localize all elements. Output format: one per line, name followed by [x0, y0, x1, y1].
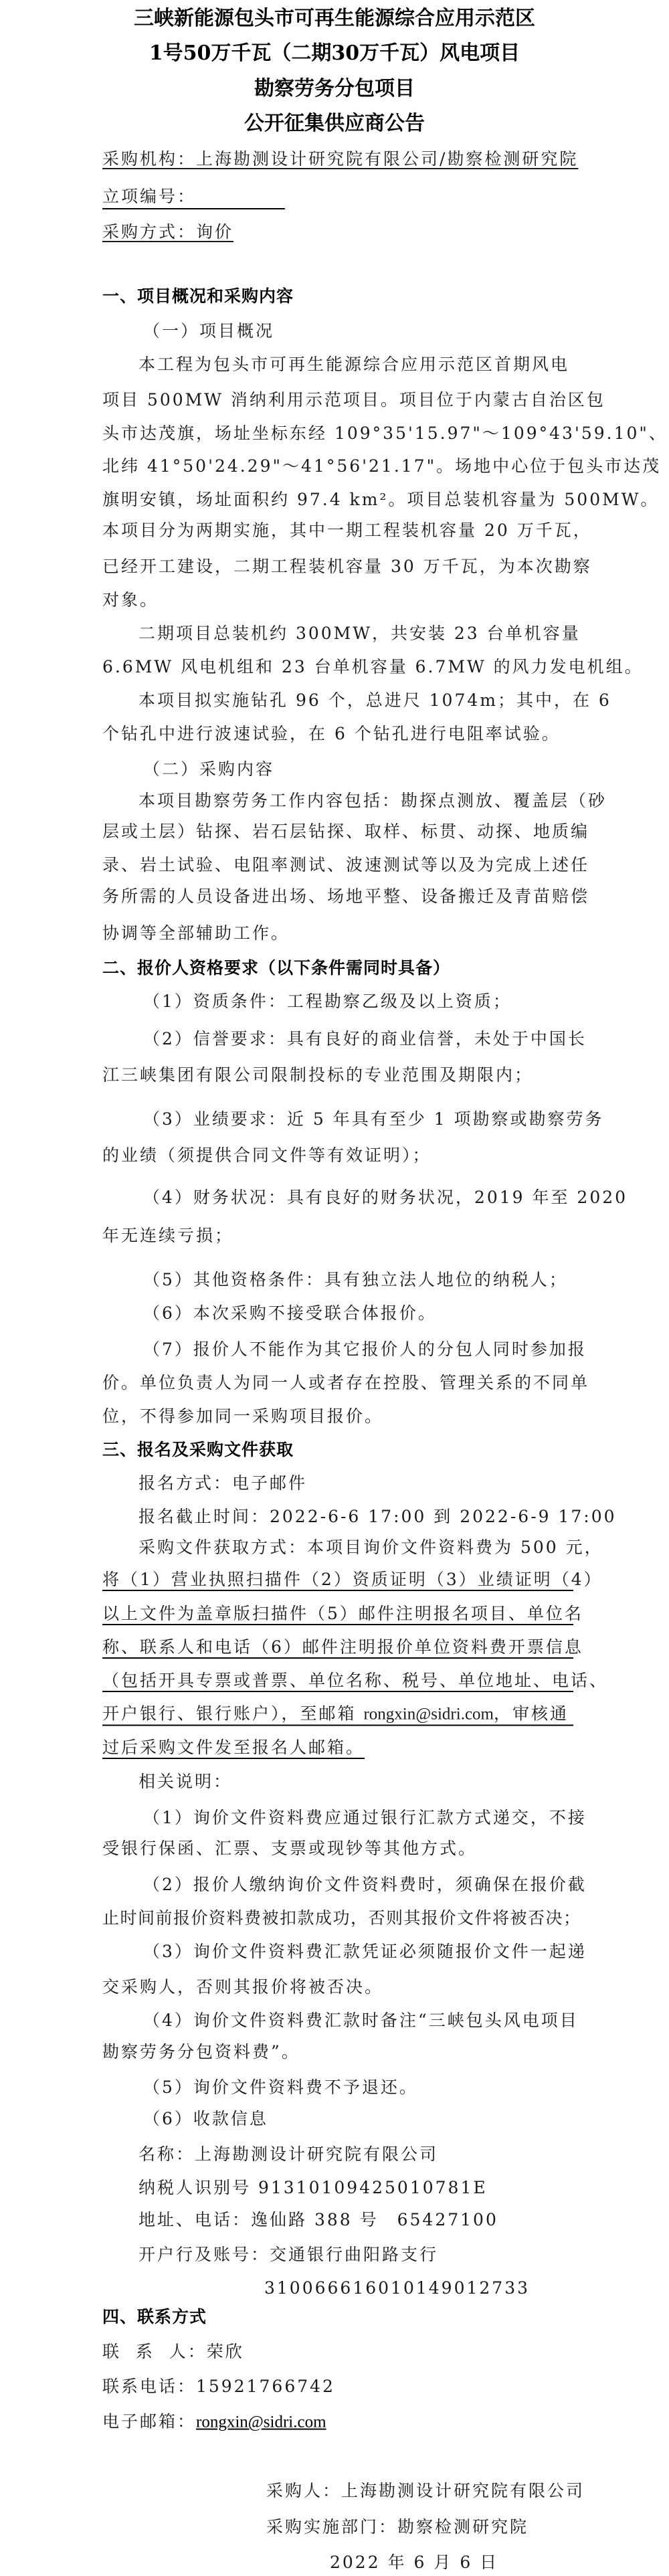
acquire-last-line: 过后采购文件发至报名人邮箱。	[102, 1738, 365, 1759]
acquire-email-post: ，审核通	[494, 1704, 569, 1724]
acquire-underlined-line: 以上文件为盖章版扫描件（5）邮件注明报名项目、单位名	[102, 1604, 573, 1625]
notes-label: 相关说明：	[138, 1770, 232, 1793]
title-line-2: 1号50万千瓦（二期30万千瓦）风电项目	[0, 40, 669, 67]
title-line-3: 勘察劳务分包项目	[0, 76, 669, 102]
payee-tax-id: 纳税人识别号 91310109425010781E	[138, 2177, 488, 2199]
para-line: 6.6MW 风电机组和 23 台单机容量 6.7MW 的风力发电机组。	[102, 656, 644, 678]
para-line: 头市达茂旗，场址坐标东经 109°35'15.97"～109°43'59.10"…	[102, 422, 668, 445]
requirement-item-cont: 的业绩（须提供合同文件等有效证明）；	[102, 1144, 432, 1167]
requirement-item: （6）本次采购不接受联合体报价。	[143, 1302, 437, 1325]
contact-person: 联 系 人：荣欣	[102, 2340, 244, 2363]
acquire-underlined-line: （包括开具专票或普票、单位名称、税号、单位地址、电话、	[102, 1671, 573, 1692]
project-number: 立项编号：	[102, 185, 285, 209]
procurement-agency: 采购机构：上海勘测设计研究院有限公司/勘察检测研究院	[102, 148, 578, 171]
para-line: 二期项目总装机约 300MW，共安装 23 台单机容量	[138, 622, 581, 645]
para-line: 旗明安镇，场址面积约 97.4 km²。项目总装机容量为 500MW。	[102, 488, 659, 511]
requirement-item-cont: 年无连续亏损；	[102, 1224, 233, 1247]
section-1-sub-2: （二）采购内容	[143, 758, 274, 781]
acquire-underlined-line: 将（1）营业执照扫描件（2）资质证明（3）业绩证明（4）	[102, 1570, 573, 1591]
requirement-item-cont: 江三峡集团有限公司限制投标的专业范围及期限内；	[102, 1064, 533, 1087]
para-line: 项目 500MW 消纳利用示范项目。项目位于内蒙古自治区包	[102, 389, 605, 411]
payee-bank: 开户行及账号：交通银行曲阳路支行	[138, 2243, 438, 2266]
acquire-method: 采购文件获取方式：本项目询价文件资料费为 500 元，	[138, 1536, 603, 1559]
note-item: （5）询价文件资料费不予退还。	[143, 2076, 418, 2099]
signup-method: 报名方式：电子邮件	[138, 1472, 307, 1495]
para-line: 本项目勘察劳务工作内容包括：勘探点测放、覆盖层（砂	[138, 790, 607, 812]
requirement-item: （5）其他资格条件：具有独立法人地位的纳税人；	[143, 1269, 568, 1291]
para-line: 务所需的人员设备进出场、场地平整、设备搬迁及青苗赔偿	[102, 885, 589, 908]
requirement-item: （2）信誉要求：具有良好的商业信誉，未处于中国长	[143, 1028, 587, 1050]
para-line: 本项目分为两期实施，其中一期工程装机容量 20 万千瓦，	[102, 519, 592, 542]
requirement-item: （4）财务状况：具有良好的财务状况，2019 年至 2020	[143, 1186, 628, 1209]
para-line: 本工程为包头市可再生能源综合应用示范区首期风电	[138, 353, 569, 376]
para-line: 层或土层）钻探、岩石层钻探、取样、标贯、动探、地质编	[102, 820, 589, 843]
acquire-email-pre: 开户银行、银行账户），至邮箱	[102, 1704, 363, 1724]
note-item: （3）询价文件资料费汇款凭证必须随报价文件一起递	[143, 1940, 587, 1963]
signature-purchaser: 采购人：上海勘测设计研究院有限公司	[266, 2480, 585, 2502]
note-item-cont: 受银行保函、汇票、支票或现钞等其他方式。	[102, 1837, 477, 1860]
procurement-method: 采购方式：询价	[102, 221, 233, 244]
payee-account: 310066616010149012733	[264, 2277, 530, 2300]
contact-email-label: 电子邮箱：	[102, 2412, 196, 2431]
section-2-heading: 二、报价人资格要求（以下条件需同时具备）	[102, 957, 450, 980]
payee-name: 名称：上海勘测设计研究院有限公司	[138, 2143, 438, 2166]
note-item: （2）报价人缴纳询价文件资料费时，须确保在报价截	[143, 1873, 587, 1896]
para-line: 录、岩土试验、电阻率测试、波速测试等以及为完成上述任	[102, 854, 589, 877]
note-item: （6）收款信息	[143, 2108, 268, 2130]
section-1-heading: 一、项目概况和采购内容	[102, 285, 294, 308]
project-number-label: 立项编号：	[102, 185, 285, 209]
signature-department: 采购实施部门：勘察检测研究院	[266, 2516, 529, 2539]
contact-email-row: 电子邮箱：rongxin@sidri.com	[102, 2411, 326, 2434]
section-1-sub-1: （一）项目概况	[143, 320, 274, 343]
contact-email-link[interactable]: rongxin@sidri.com	[196, 2413, 326, 2431]
payee-address: 地址、电话：逸仙路 388 号 65427100	[138, 2209, 498, 2231]
contact-phone: 联系电话：15921766742	[102, 2375, 335, 2398]
note-item-cont: 止时间前报价资料费被扣款成功，否则其报价文件将被否决；	[102, 1907, 581, 1930]
acquire-underlined-line: 称、联系人和电话（6）邮件注明报价单位资料费开票信息	[102, 1637, 573, 1659]
title-line-4: 公开征集供应商公告	[0, 110, 669, 137]
note-item-cont: 交采购人，否则其报价将被否决。	[102, 1976, 383, 1999]
requirement-item: （3）业绩要求：近 5 年具有至少 1 项勘察或勘察劳务	[143, 1108, 604, 1131]
requirement-item-cont: 位，不得参加同一采购项目报价。	[102, 1405, 383, 1428]
requirement-item-cont: 价。单位负责人为同一人或者存在控股、管理关系的不同单	[102, 1372, 589, 1394]
signature-date: 2022 年 6 月 6 日	[330, 2551, 498, 2574]
section-3-heading: 三、报名及采购文件获取	[102, 1439, 294, 1461]
para-line: 已经开工建设，二期工程装机容量 30 万千瓦，为本次勘察	[102, 555, 592, 578]
para-line: 协调等全部辅助工作。	[102, 922, 290, 945]
requirement-item: （1）资质条件：工程勘察乙级及以上资质；	[143, 990, 512, 1013]
signup-deadline: 报名截止时间：2022-6-6 17:00 到 2022-6-9 17:00	[138, 1505, 617, 1528]
para-line: 个钻孔中进行波速试验，在 6 个钻孔进行电阻率试验。	[102, 723, 561, 745]
note-item: （4）询价文件资料费汇款时备注“三峡包头风电项目	[143, 2009, 579, 2032]
note-item: （1）询价文件资料费应通过银行汇款方式递交，不接	[143, 1807, 587, 1829]
title-line-1: 三峡新能源包头市可再生能源综合应用示范区	[0, 5, 669, 32]
para-line: 对象。	[102, 589, 159, 612]
para-line: 北纬 41°50'24.29"～41°56'21.17"。场地中心位于包头市达茂	[102, 455, 661, 478]
para-line: 本项目拟实施钻孔 96 个，总进尺 1074m；其中，在 6	[138, 689, 611, 712]
acquire-email-link[interactable]: rongxin@sidri.com	[363, 1706, 494, 1724]
requirement-item: （7）报价人不能作为其它报价人的分包人同时参加报	[143, 1338, 587, 1361]
acquire-email-line: 开户银行、银行账户），至邮箱 rongxin@sidri.com，审核通	[102, 1704, 573, 1726]
section-4-heading: 四、联系方式	[102, 2306, 207, 2328]
note-item-cont: 勘察劳务分包资料费”。	[102, 2041, 300, 2063]
